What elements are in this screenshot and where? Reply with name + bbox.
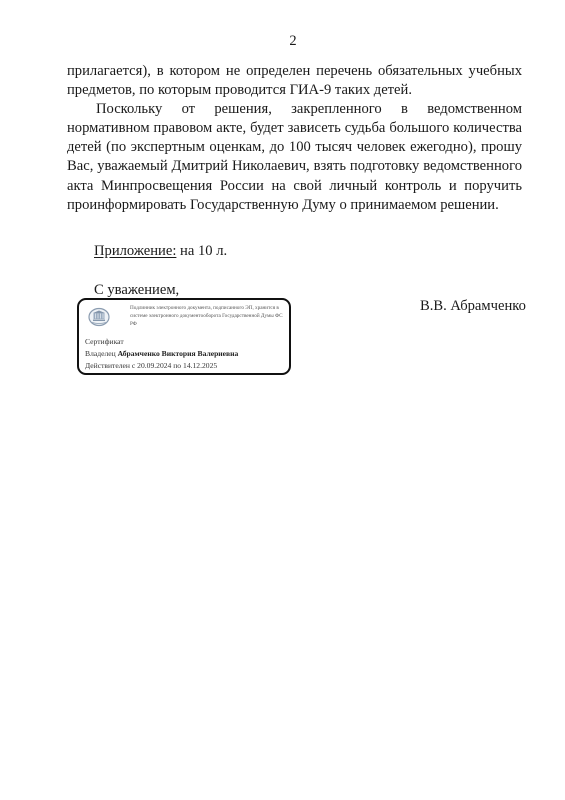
valid-from-prefix: с [132,361,135,370]
certificate-owner: Владелец Абрамченко Виктория Валериевна [85,348,238,359]
valid-label: Действителен [85,361,130,370]
certificate-label: Сертификат [85,336,124,347]
certificate-validity: Действителен с 20.09.2024 по 14.12.2025 [85,360,217,371]
page-number: 2 [0,32,565,50]
valid-from-date: 20.09.2024 [137,361,171,370]
attachment-value: на 10 л. [176,243,227,259]
valid-to-date: 14.12.2025 [183,361,217,370]
signature-storage-note: Подлинник электронного документа, подпис… [130,304,285,328]
signatory-name: В.В. Абрамченко [420,297,526,315]
owner-label: Владелец [85,349,116,358]
owner-name: Абрамченко Виктория Валериевна [118,349,239,358]
closing-salutation: С уважением, [94,281,179,299]
attachment-note: Приложение: на 10 л. [94,242,227,260]
attachment-label: Приложение: [94,243,176,259]
paragraph-request: Поскольку от решения, закрепленного в ве… [67,100,522,215]
valid-to-prefix: по [173,361,181,370]
paragraph-continuation: прилагается), в котором не определен пер… [67,62,522,100]
letter-body: прилагается), в котором не определен пер… [67,62,522,215]
state-duma-emblem-icon [88,307,110,327]
electronic-signature-stamp: Подлинник электронного документа, подпис… [77,298,291,375]
